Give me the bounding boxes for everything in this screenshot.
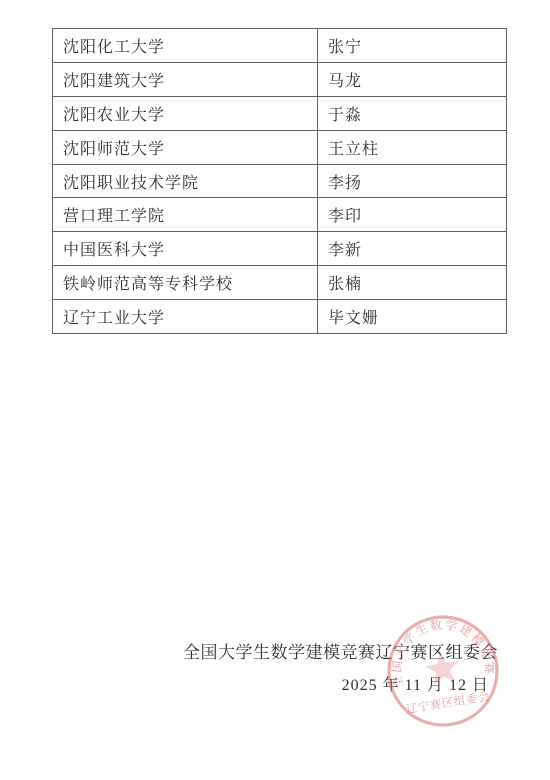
table-row: 营口理工学院 李印 — [53, 198, 507, 232]
university-cell: 铁岭师范高等专科学校 — [53, 266, 318, 300]
university-cell: 沈阳建筑大学 — [53, 62, 318, 96]
contact-name-cell: 毕文姗 — [318, 300, 507, 334]
table-row: 沈阳化工大学 张宁 — [53, 29, 507, 63]
contact-name-cell: 李新 — [318, 232, 507, 266]
signature-table: 沈阳化工大学 张宁 沈阳建筑大学 马龙 沈阳农业大学 于淼 沈阳师范大学 王立柱… — [52, 28, 507, 334]
table-row: 铁岭师范高等专科学校 张楠 — [53, 266, 507, 300]
contact-name-cell: 张宁 — [318, 29, 507, 63]
committee-signature: 全国大学生数学建模竞赛辽宁赛区组委会 — [183, 638, 498, 663]
table-row: 沈阳建筑大学 马龙 — [53, 62, 507, 96]
table-row: 中国医科大学 李新 — [53, 232, 507, 266]
document-page: 沈阳化工大学 张宁 沈阳建筑大学 马龙 沈阳农业大学 于淼 沈阳师范大学 王立柱… — [0, 0, 550, 780]
university-cell: 中国医科大学 — [53, 232, 318, 266]
university-cell: 沈阳化工大学 — [53, 29, 318, 63]
table-row: 沈阳师范大学 王立柱 — [53, 130, 507, 164]
contact-name-cell: 李扬 — [318, 164, 507, 198]
seal-ring — [381, 609, 505, 733]
official-seal-stamp: 全国大学生数学建模竞赛 辽宁赛区组委会 — [371, 599, 515, 743]
university-cell: 沈阳农业大学 — [53, 96, 318, 130]
university-cell: 沈阳职业技术学院 — [53, 164, 318, 198]
table-row: 沈阳农业大学 于淼 — [53, 96, 507, 130]
contact-name-cell: 王立柱 — [318, 130, 507, 164]
contact-name-cell: 于淼 — [318, 96, 507, 130]
university-cell: 沈阳师范大学 — [53, 130, 318, 164]
contact-name-cell: 马龙 — [318, 62, 507, 96]
contact-name-cell: 张楠 — [318, 266, 507, 300]
contact-name-cell: 李印 — [318, 198, 507, 232]
university-cell: 营口理工学院 — [53, 198, 318, 232]
table-row: 辽宁工业大学 毕文姗 — [53, 300, 507, 334]
university-cell: 辽宁工业大学 — [53, 300, 318, 334]
date-line: 2025 年 11 月 12 日 — [342, 672, 489, 695]
table-row: 沈阳职业技术学院 李扬 — [53, 164, 507, 198]
